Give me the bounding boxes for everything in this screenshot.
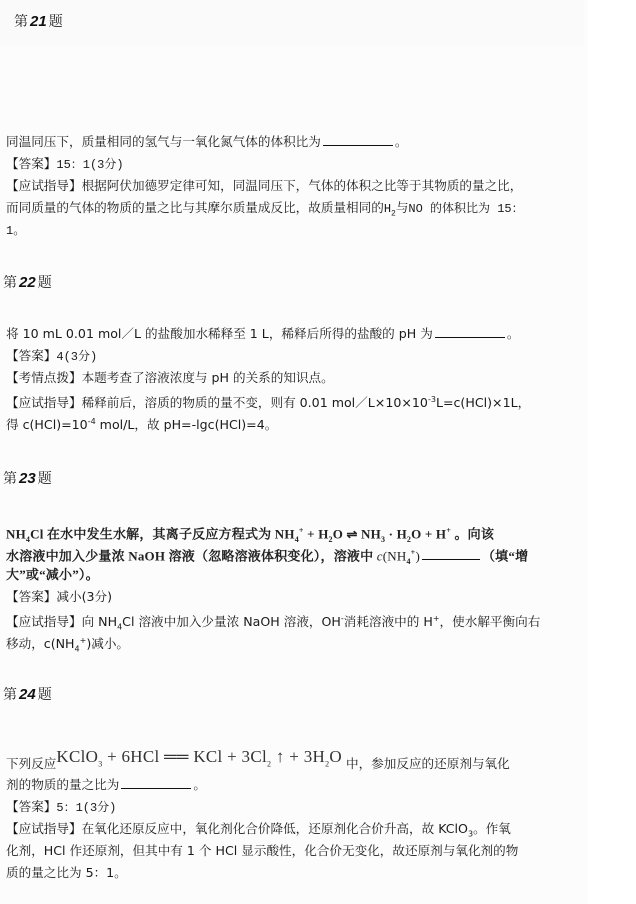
question-stem: 同温同压下，质量相同的氢气与一氧化氮气体的体积比为。 bbox=[6, 131, 576, 153]
formula-part: · H bbox=[385, 526, 407, 541]
question-number: 23 bbox=[19, 470, 36, 487]
title-prefix: 第 bbox=[3, 275, 17, 291]
stem-text: Cl 在水中发生水解，其离子反应方程式为 NH bbox=[30, 526, 295, 541]
answer-line: 【答案】4(3分) bbox=[6, 345, 576, 367]
superscript: -3 bbox=[428, 395, 436, 404]
answer-blank bbox=[422, 545, 480, 560]
formula-part: + 6HCl ══ KCl + 3Cl bbox=[103, 747, 268, 766]
formula-part: ) bbox=[415, 548, 420, 563]
question-22-body: 将 10 mL 0.01 mol／L 的盐酸加水稀释至 1 L，稀释后所得的盐酸… bbox=[6, 323, 576, 433]
formula-part: + 3H bbox=[285, 747, 325, 766]
guide-text: Cl 溶液中加入少量浓 NaOH 溶液，OH bbox=[122, 614, 341, 629]
guide-text: 的体积比为 15： bbox=[423, 202, 524, 216]
stem-text: 下列反应 bbox=[6, 756, 56, 771]
answer-blank bbox=[323, 131, 393, 146]
guide-line-2: 而同质量的气体的物质的量之比与其摩尔质量成反比，故质量相同的H2与NO 的体积比… bbox=[6, 197, 576, 219]
formula-no: NO bbox=[408, 202, 422, 216]
guide-text: 1。 bbox=[6, 224, 25, 238]
guide-line-2: 移动，c(NH4+)减小。 bbox=[6, 630, 576, 652]
answer-blank bbox=[435, 323, 505, 338]
guide-line-1: 【应试指导】稀释前后，溶质的物质的量不变，则有 0.01 mol／L×10×10… bbox=[6, 389, 576, 411]
stem-text: 。向该 bbox=[451, 526, 494, 541]
question-number: 22 bbox=[19, 274, 36, 291]
title-suffix: 题 bbox=[38, 275, 52, 291]
title-suffix: 题 bbox=[38, 687, 52, 703]
answer-tag: 【答案】 bbox=[6, 799, 56, 814]
header-band bbox=[0, 0, 584, 46]
answer-value: 4(3分) bbox=[56, 350, 97, 364]
guide-line-2: 得 c(HCl)=10-4 mol/L，故 pH=-lgc(HCl)=4。 bbox=[6, 411, 576, 433]
question-22-title: 第22题 bbox=[3, 272, 52, 292]
question-number: 21 bbox=[30, 13, 47, 30]
guide-line-1: 【应试指导】在氧化还原反应中，氧化剂化合价降低，还原剂化合价升高，故 KClO3… bbox=[6, 818, 576, 840]
answer-value: 5：1(3分) bbox=[56, 801, 116, 815]
formula-part: NH bbox=[6, 526, 26, 541]
formula-part: H bbox=[384, 202, 391, 216]
stem-period: 。 bbox=[193, 777, 206, 792]
stem-period: 。 bbox=[395, 134, 408, 149]
guide-text: 移动，c(NH bbox=[6, 636, 75, 651]
guide-text: 在氧化还原反应中，氧化剂化合价降低，还原剂化合价升高，故 KClO bbox=[82, 821, 468, 836]
insight-text: 本题考查了溶液浓度与 pH 的关系的知识点。 bbox=[82, 370, 334, 385]
stem-text: 剂的物质的量之比为 bbox=[6, 777, 119, 792]
stem-text: 将 10 mL 0.01 mol／L 的盐酸加水稀释至 1 L，稀释后所得的盐酸… bbox=[6, 326, 433, 341]
guide-text: 而同质量的气体的物质的量之比与其摩尔质量成反比，故质量相同的 bbox=[6, 200, 384, 215]
guide-tag: 【应试指导】 bbox=[6, 178, 82, 193]
guide-text: 向 NH bbox=[82, 614, 118, 629]
subscript: 4 bbox=[406, 557, 410, 566]
guide-text: 稀释前后，溶质的物质的量不变，则有 0.01 mol／L×10×10 bbox=[82, 395, 428, 410]
formula-part: (NH bbox=[383, 548, 407, 563]
question-stem-line-1: 下列反应KClO3 + 6HCl ══ KCl + 3Cl2 ↑ + 3H2O … bbox=[6, 752, 576, 774]
guide-line-3: 质的量之比为 5：1。 bbox=[6, 862, 576, 884]
title-suffix: 题 bbox=[38, 471, 52, 487]
answer-tag: 【答案】 bbox=[6, 156, 56, 171]
stem-period: 。 bbox=[507, 326, 520, 341]
formula-part: O ⇌ NH bbox=[333, 526, 381, 541]
stem-text: 大”或“减小”）。 bbox=[6, 567, 99, 582]
answer-tag: 【答案】 bbox=[6, 589, 56, 604]
answer-line: 【答案】15：1(3分) bbox=[6, 153, 576, 175]
subscript: 4 bbox=[75, 645, 80, 654]
guide-tag: 【应试指导】 bbox=[6, 614, 82, 629]
answer-blank bbox=[121, 774, 191, 789]
guide-text: mol/L，故 pH=-lgc(HCl)=4。 bbox=[96, 417, 278, 432]
question-24-body: 下列反应KClO3 + 6HCl ══ KCl + 3Cl2 ↑ + 3H2O … bbox=[6, 752, 576, 884]
guide-text: 得 c(HCl)=10 bbox=[6, 417, 88, 432]
title-prefix: 第 bbox=[14, 14, 28, 30]
title-suffix: 题 bbox=[49, 14, 63, 30]
guide-text: ，使水解平衡向右 bbox=[440, 614, 541, 629]
question-21-title: 第21题 bbox=[14, 11, 63, 31]
insight-tag: 【考情点拨】 bbox=[6, 370, 82, 385]
gas-arrow-icon: ↑ bbox=[271, 747, 284, 766]
question-stem: 将 10 mL 0.01 mol／L 的盐酸加水稀释至 1 L，稀释后所得的盐酸… bbox=[6, 323, 576, 345]
guide-text: 消耗溶液中的 H bbox=[344, 614, 433, 629]
answer-value: 15：1(3分) bbox=[56, 158, 123, 172]
question-23-title: 第23题 bbox=[3, 468, 52, 488]
question-stem-line-2: 水溶液中加入少量浓 NaOH 溶液（忽略溶液体积变化），溶液中 c(NH4+)（… bbox=[6, 542, 576, 564]
guide-tag: 【应试指导】 bbox=[6, 395, 82, 410]
question-24-title: 第24题 bbox=[3, 684, 52, 704]
stem-text: 水溶液中加入少量浓 NaOH 溶液（忽略溶液体积变化），溶液中 bbox=[6, 548, 377, 563]
formula-part: + H bbox=[304, 526, 329, 541]
superscript: + bbox=[433, 614, 440, 623]
question-stem-line-2: 剂的物质的量之比为。 bbox=[6, 774, 576, 796]
guide-text: 与 bbox=[396, 200, 409, 215]
insight-line: 【考情点拨】本题考查了溶液浓度与 pH 的关系的知识点。 bbox=[6, 367, 576, 389]
guide-text: 根据阿伏加德罗定律可知，同温同压下，气体的体积之比等于其物质的量之比， bbox=[82, 178, 523, 193]
guide-tag: 【应试指导】 bbox=[6, 821, 82, 836]
question-23-body: NH4Cl 在水中发生水解，其离子反应方程式为 NH4+ + H2O ⇌ NH3… bbox=[6, 520, 576, 652]
stem-text: （填“增 bbox=[482, 548, 528, 563]
guide-line-2: 化剂，HCl 作还原剂，但其中有 1 个 HCl 显示酸性，化合价无变化，故还原… bbox=[6, 840, 576, 862]
guide-line-1: 【应试指导】根据阿伏加德罗定律可知，同温同压下，气体的体积之比等于其物质的量之比… bbox=[6, 175, 576, 197]
answer-line: 【答案】5：1(3分) bbox=[6, 796, 576, 818]
guide-line-3: 1。 bbox=[6, 219, 576, 241]
stem-text: 中，参加反应的还原剂与氧化 bbox=[342, 756, 510, 771]
answer-line: 【答案】减小(3分) bbox=[6, 586, 576, 608]
formula-h2: H2 bbox=[384, 202, 396, 216]
question-stem-line-3: 大”或“减小”）。 bbox=[6, 564, 576, 586]
question-number: 24 bbox=[19, 686, 36, 703]
formula-part: KClO bbox=[56, 747, 98, 766]
title-prefix: 第 bbox=[3, 471, 17, 487]
stem-text: 同温同压下，质量相同的氢气与一氧化氮气体的体积比为 bbox=[6, 134, 321, 149]
title-prefix: 第 bbox=[3, 687, 17, 703]
guide-text: )减小。 bbox=[86, 636, 129, 651]
guide-text: 质的量之比为 5：1。 bbox=[6, 865, 127, 880]
answer-tag: 【答案】 bbox=[6, 348, 56, 363]
formula-part: O + H bbox=[411, 526, 446, 541]
reaction-equation: KClO3 + 6HCl ══ KCl + 3Cl2 ↑ + 3H2O bbox=[56, 747, 342, 766]
answer-value: 减小(3分) bbox=[56, 589, 112, 604]
question-21-body: 同温同压下，质量相同的氢气与一氧化氮气体的体积比为。 【答案】15：1(3分) … bbox=[6, 131, 576, 241]
guide-text: 化剂，HCl 作还原剂，但其中有 1 个 HCl 显示酸性，化合价无变化，故还原… bbox=[6, 843, 518, 858]
guide-text: L=c(HCl)×1L， bbox=[436, 395, 530, 410]
superscript: -4 bbox=[88, 417, 96, 426]
guide-text: 。作氧 bbox=[473, 821, 511, 836]
formula-part: O bbox=[329, 747, 342, 766]
question-stem-line-1: NH4Cl 在水中发生水解，其离子反应方程式为 NH4+ + H2O ⇌ NH3… bbox=[6, 520, 576, 542]
guide-line-1: 【应试指导】向 NH4Cl 溶液中加入少量浓 NaOH 溶液，OH-消耗溶液中的… bbox=[6, 608, 576, 630]
